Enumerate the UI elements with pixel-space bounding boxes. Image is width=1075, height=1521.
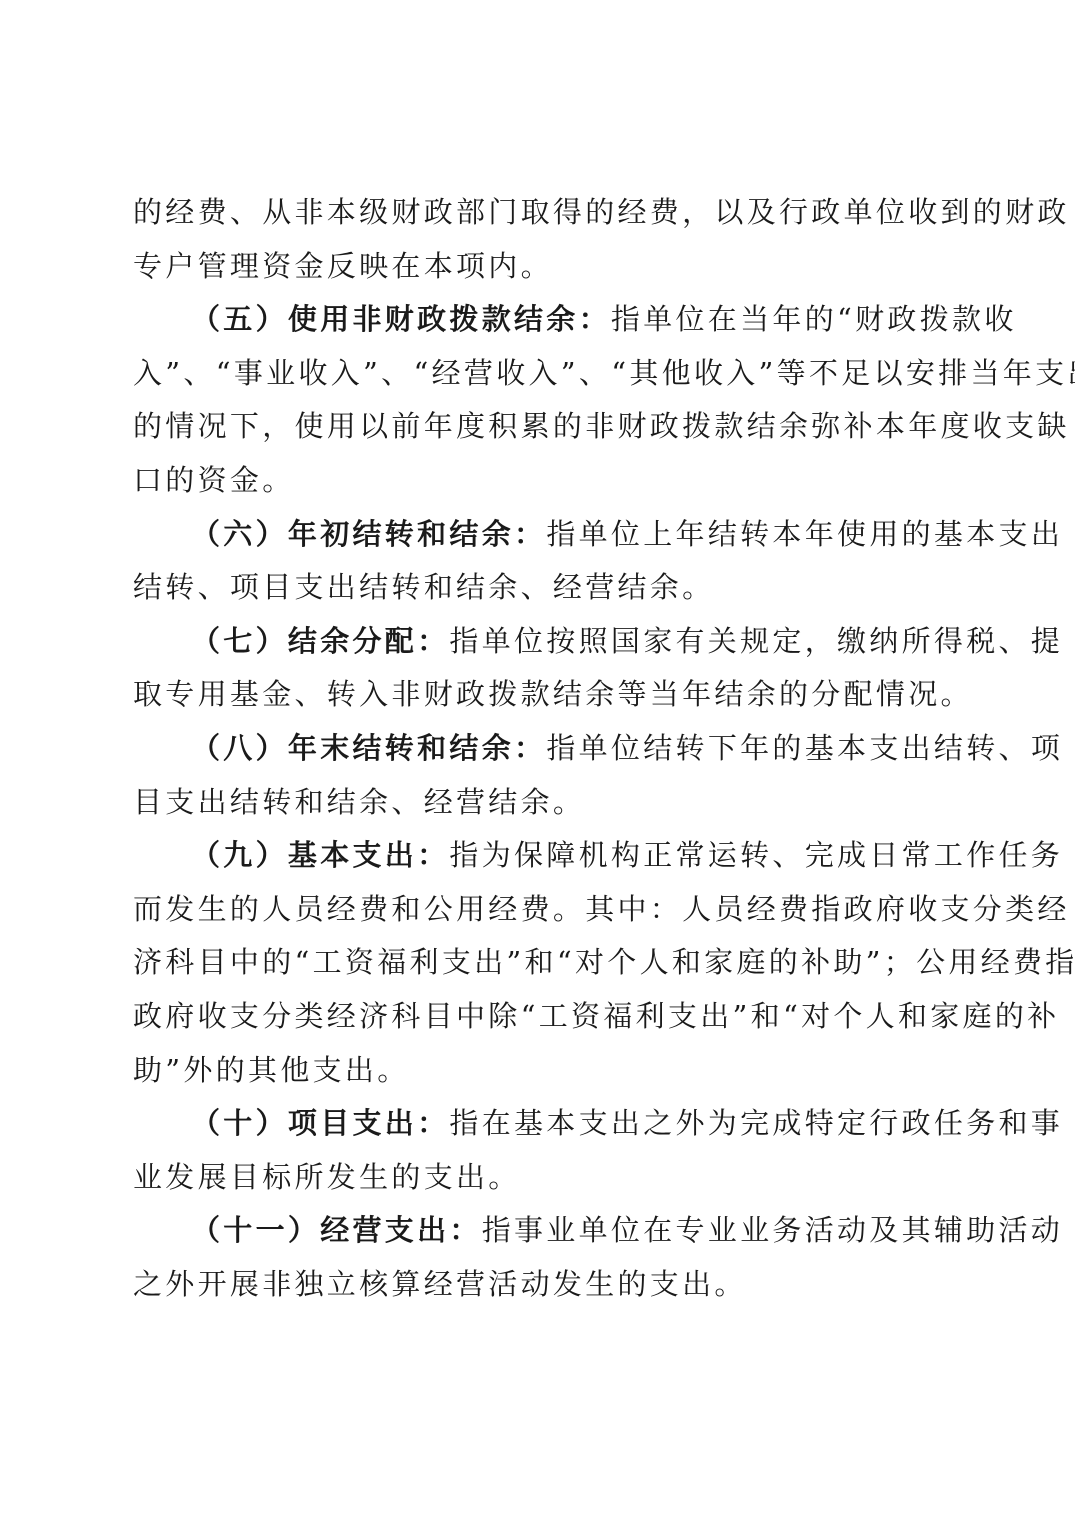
line-text: 的经费、从非本级财政部门取得的经费，以及行政单位收到的财政	[133, 195, 1070, 229]
line-text: 指为保障机构正常运转、完成日常工作任务	[449, 838, 1063, 872]
text-line: 目支出结转和结余、经营结余。	[133, 776, 918, 830]
text-line: 取专用基金、转入非财政拨款结余等当年结余的分配情况。	[133, 668, 918, 722]
paragraph-item-7: （七）结余分配：指单位按照国家有关规定，缴纳所得税、提 取专用基金、转入非财政拨…	[133, 615, 918, 722]
text-line: 口的资金。	[133, 454, 918, 508]
text-line: 而发生的人员经费和公用经费。其中：人员经费指政府收支分类经	[133, 883, 918, 937]
text-line: 业发展目标所发生的支出。	[133, 1151, 918, 1205]
line-text: 入”、“事业收入”、“经营收入”、“其他收入”等不足以安排当年支出	[133, 356, 1075, 390]
text-line: （十一）经营支出：指事业单位在专业业务活动及其辅助活动	[133, 1204, 918, 1258]
item-heading: （十）项目支出：	[191, 1106, 449, 1140]
text-line: 济科目中的“工资福利支出”和“对个人和家庭的补助”；公用经费指	[133, 936, 918, 990]
line-text: 取专用基金、转入非财政拨款结余等当年结余的分配情况。	[133, 677, 973, 711]
text-line: 的经费、从非本级财政部门取得的经费，以及行政单位收到的财政	[133, 186, 918, 240]
line-text: 指单位上年结转本年使用的基本支出	[546, 517, 1063, 551]
text-line: （五）使用非财政拨款结余：指单位在当年的“财政拨款收	[133, 293, 918, 347]
line-text: 目支出结转和结余、经营结余。	[133, 785, 585, 819]
paragraph-item-9: （九）基本支出：指为保障机构正常运转、完成日常工作任务 而发生的人员经费和公用经…	[133, 829, 918, 1097]
line-text: 而发生的人员经费和公用经费。其中：人员经费指政府收支分类经	[133, 892, 1070, 926]
line-text: 助”外的其他支出。	[133, 1053, 410, 1087]
text-line: 入”、“事业收入”、“经营收入”、“其他收入”等不足以安排当年支出	[133, 347, 918, 401]
item-heading: （十一）经营支出：	[191, 1213, 482, 1247]
text-line: （九）基本支出：指为保障机构正常运转、完成日常工作任务	[133, 829, 918, 883]
text-line: （十）项目支出：指在基本支出之外为完成特定行政任务和事	[133, 1097, 918, 1151]
line-text: 指在基本支出之外为完成特定行政任务和事	[449, 1106, 1063, 1140]
text-line: 结转、项目支出结转和结余、经营结余。	[133, 561, 918, 615]
paragraph-item-10: （十）项目支出：指在基本支出之外为完成特定行政任务和事 业发展目标所发生的支出。	[133, 1097, 918, 1204]
text-line: 专户管理资金反映在本项内。	[133, 240, 918, 294]
text-line: 之外开展非独立核算经营活动发生的支出。	[133, 1258, 918, 1312]
line-text: 的情况下，使用以前年度积累的非财政拨款结余弥补本年度收支缺	[133, 409, 1070, 443]
item-heading: （九）基本支出：	[191, 838, 449, 872]
text-line: （六）年初结转和结余：指单位上年结转本年使用的基本支出	[133, 508, 918, 562]
item-heading: （六）年初结转和结余：	[191, 517, 546, 551]
item-heading: （八）年末结转和结余：	[191, 731, 546, 765]
line-text: 指单位结转下年的基本支出结转、项	[546, 731, 1063, 765]
line-text: 指单位在当年的“财政拨款收	[611, 302, 1017, 336]
line-text: 专户管理资金反映在本项内。	[133, 249, 553, 283]
text-line: 的情况下，使用以前年度积累的非财政拨款结余弥补本年度收支缺	[133, 400, 918, 454]
line-text: 济科目中的“工资福利支出”和“对个人和家庭的补助”；公用经费指	[133, 945, 1075, 979]
line-text: 口的资金。	[133, 463, 295, 497]
text-line: 助”外的其他支出。	[133, 1044, 918, 1098]
item-heading: （五）使用非财政拨款结余：	[191, 302, 611, 336]
line-text: 业发展目标所发生的支出。	[133, 1160, 521, 1194]
line-text: 之外开展非独立核算经营活动发生的支出。	[133, 1267, 747, 1301]
paragraph-item-5: （五）使用非财政拨款结余：指单位在当年的“财政拨款收 入”、“事业收入”、“经营…	[133, 293, 918, 507]
item-heading: （七）结余分配：	[191, 624, 449, 658]
paragraph-item-8: （八）年末结转和结余：指单位结转下年的基本支出结转、项 目支出结转和结余、经营结…	[133, 722, 918, 829]
document-page: 的经费、从非本级财政部门取得的经费，以及行政单位收到的财政 专户管理资金反映在本…	[133, 186, 918, 1311]
text-line: （八）年末结转和结余：指单位结转下年的基本支出结转、项	[133, 722, 918, 776]
paragraph-item-11: （十一）经营支出：指事业单位在专业业务活动及其辅助活动 之外开展非独立核算经营活…	[133, 1204, 918, 1311]
text-line: （七）结余分配：指单位按照国家有关规定，缴纳所得税、提	[133, 615, 918, 669]
line-text: 政府收支分类经济科目中除“工资福利支出”和“对个人和家庭的补	[133, 999, 1059, 1033]
line-text: 指单位按照国家有关规定，缴纳所得税、提	[449, 624, 1063, 658]
line-text: 结转、项目支出结转和结余、经营结余。	[133, 570, 714, 604]
line-text: 指事业单位在专业业务活动及其辅助活动	[482, 1213, 1063, 1247]
paragraph-continuation: 的经费、从非本级财政部门取得的经费，以及行政单位收到的财政 专户管理资金反映在本…	[133, 186, 918, 293]
paragraph-item-6: （六）年初结转和结余：指单位上年结转本年使用的基本支出 结转、项目支出结转和结余…	[133, 508, 918, 615]
text-line: 政府收支分类经济科目中除“工资福利支出”和“对个人和家庭的补	[133, 990, 918, 1044]
